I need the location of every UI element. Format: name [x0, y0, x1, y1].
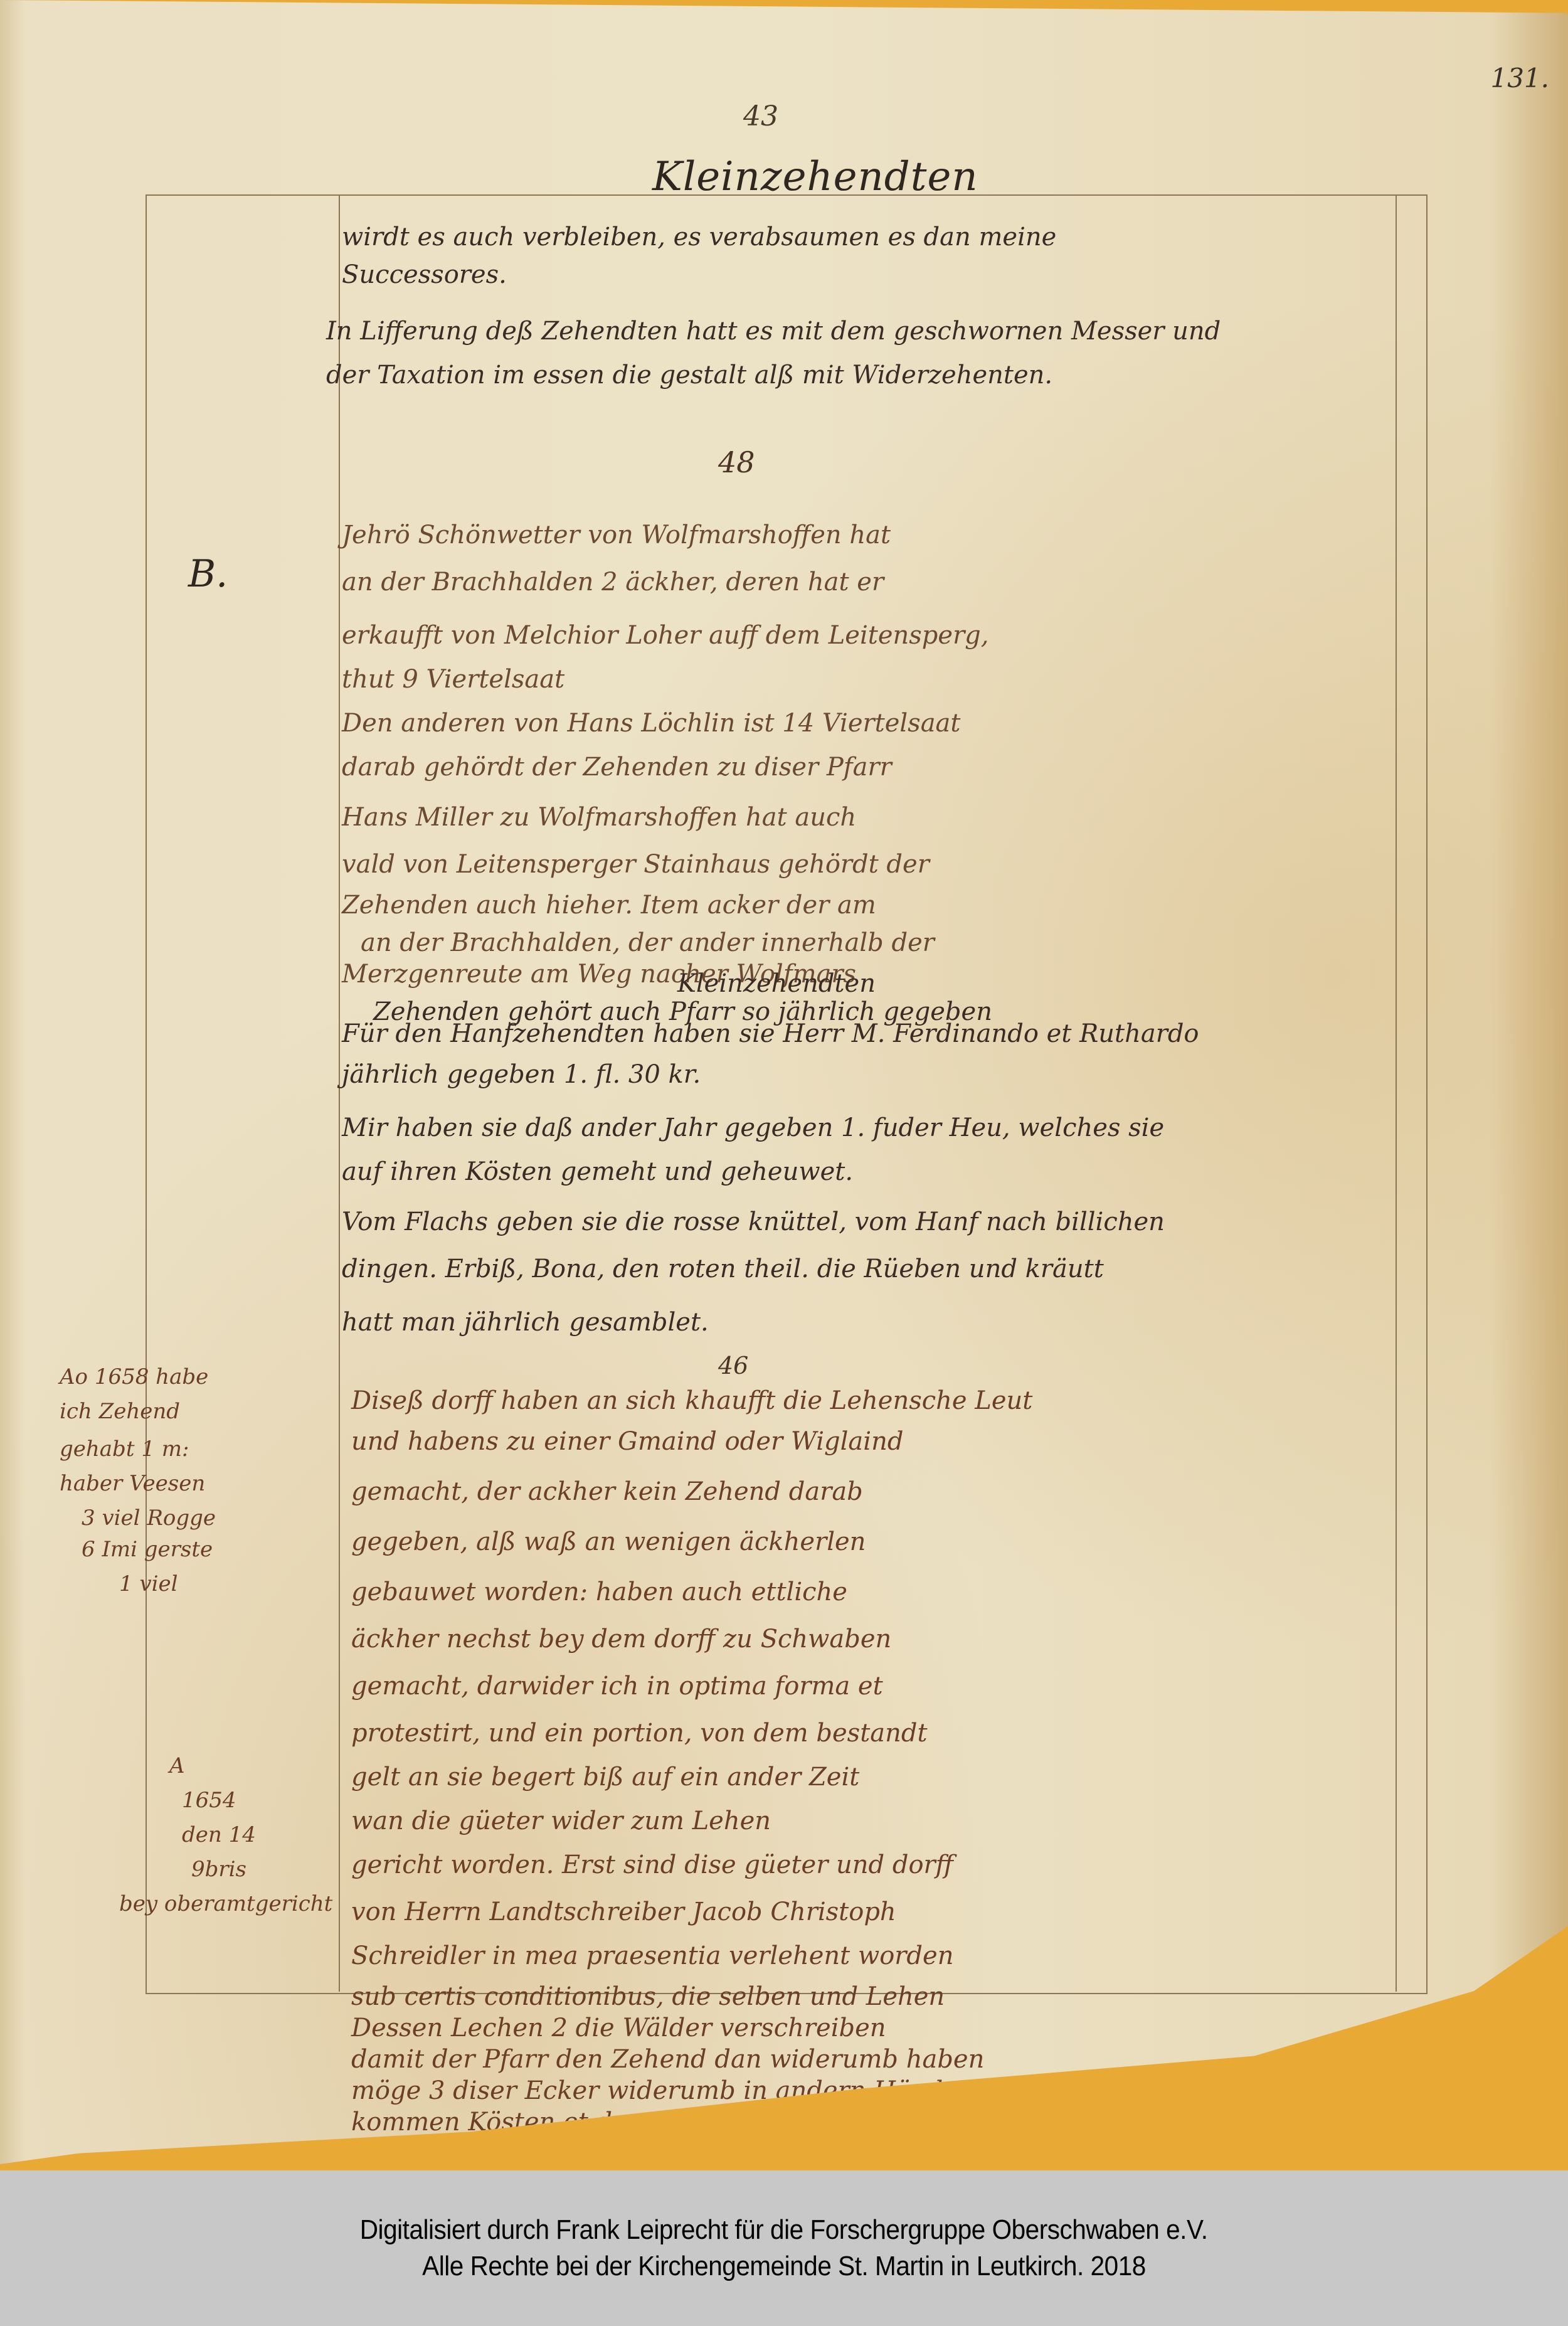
- text-line: jährlich gegeben 1. fl. 30 kr.: [342, 1060, 701, 1089]
- left-margin-rule: [339, 194, 340, 1992]
- text-line: damit der Pfarr den Zehend dan widerumb …: [351, 2045, 984, 2074]
- text-line: an der Brachhalden, der ander innerhalb …: [361, 928, 935, 957]
- text-line: hatt man jährlich gesamblet.: [342, 1308, 709, 1337]
- text-line: Successores.: [342, 260, 507, 289]
- text-line: gericht worden. Erst sind dise güeter un…: [351, 1851, 953, 1879]
- page-title: Kleinzehendten: [652, 154, 978, 200]
- text-line: dingen. Erbiß, Bona, den roten theil. di…: [342, 1255, 1104, 1283]
- margin-note-line: 1 viel: [119, 1571, 178, 1596]
- margin-note-line: ich Zehend: [60, 1399, 180, 1424]
- text-line: protestirt, und ein portion, von dem bes…: [351, 1719, 928, 1748]
- text-line: Jehrö Schönwetter von Wolfmarshoffen hat: [342, 521, 891, 550]
- caption-line-digitized: Digitalisiert durch Frank Leiprecht für …: [360, 2212, 1208, 2248]
- text-line: thut 9 Viertelsaat: [342, 665, 564, 694]
- text-line: möge 3 diser Ecker widerumb in andern Hä…: [351, 2076, 958, 2105]
- text-line: wan die güeter wider zum Lehen: [351, 1807, 771, 1835]
- text-line: Den anderen von Hans Löchlin ist 14 Vier…: [342, 709, 960, 738]
- text-line: wirdt es auch verbleiben, es verabsaumen…: [342, 223, 1056, 252]
- text-line: Dessen Lechen 2 die Wälder verschreiben: [351, 2014, 886, 2042]
- text-line: darab gehördt der Zehenden zu diser Pfar…: [342, 753, 892, 782]
- chapter-number: 43: [743, 100, 778, 132]
- section-mark: 48: [718, 445, 755, 479]
- margin-note-line: 1654: [182, 1788, 236, 1813]
- text-line: Vom Flachs geben sie die rosse knüttel, …: [342, 1208, 1165, 1236]
- text-line: gegeben, alß waß an wenigen äckherlen: [351, 1527, 866, 1556]
- margin-note-line: 6 Imi gerste: [82, 1537, 213, 1562]
- text-line: gebauwet worden: haben auch ettliche: [351, 1578, 847, 1606]
- margin-note-line: gehabt 1 m:: [60, 1436, 189, 1462]
- text-line: kommen Kösten et der Landtschafft der He…: [351, 2108, 992, 2137]
- text-line: Für den Hanfzehendten haben sie Herr M. …: [342, 1019, 1199, 1048]
- text-line: Schreidler in mea praesentia verlehent w…: [351, 1941, 953, 1970]
- text-line: und habens zu einer Gmaind oder Wiglaind: [351, 1427, 903, 1456]
- text-line: Zehenden auch hieher. Item acker der am: [342, 891, 876, 920]
- text-line: vald von Leitensperger Stainhaus gehördt…: [342, 850, 930, 879]
- folio-number: 131.: [1490, 63, 1549, 93]
- margin-note-line: den 14: [182, 1822, 256, 1847]
- margin-note-line: A: [169, 1753, 185, 1778]
- manuscript-page: 131. 43 Kleinzehendten wirdt es auch ver…: [0, 0, 1568, 2164]
- right-margin-rule: [1396, 194, 1397, 1992]
- copyright-caption: Digitalisiert durch Frank Leiprecht für …: [0, 2170, 1568, 2326]
- margin-note-line: bey oberamtgericht: [119, 1891, 332, 1916]
- section-mark: 46: [718, 1352, 748, 1379]
- text-line: erkaufft von Melchior Loher auff dem Lei…: [342, 621, 989, 650]
- text-line: der Taxation im essen die gestalt alß mi…: [326, 361, 1052, 390]
- margin-note-line: 9bris: [191, 1857, 246, 1882]
- text-line: gelt an sie begert biß auf ein ander Zei…: [351, 1763, 859, 1792]
- margin-note-line: Ao 1658 habe: [60, 1364, 208, 1389]
- text-line: von Herrn Landtschreiber Jacob Christoph: [351, 1898, 896, 1926]
- text-line: sub certis conditionibus, die selben und…: [351, 1982, 945, 2011]
- text-line: äckher nechst bey dem dorff zu Schwaben: [351, 1625, 891, 1654]
- manuscript-scan: 131. 43 Kleinzehendten wirdt es auch ver…: [0, 0, 1568, 2170]
- margin-note-line: haber Veesen: [60, 1471, 205, 1496]
- text-line: Diseß dorff haben an sich khaufft die Le…: [351, 1386, 1032, 1415]
- text-line: gemacht, darwider ich in optima forma et: [351, 1672, 883, 1701]
- text-line: Mir haben sie daß ander Jahr gegeben 1. …: [342, 1113, 1164, 1142]
- text-line: auf ihren Kösten gemeht und geheuwet.: [342, 1157, 853, 1186]
- margin-note-line: 3 viel Rogge: [82, 1506, 216, 1531]
- text-line: Hans Miller zu Wolfmarshoffen hat auch: [342, 803, 856, 832]
- text-line: Kleinzehendten: [677, 969, 876, 998]
- text-line: aber: [351, 2139, 409, 2168]
- text-line: In Lifferung deß Zehendten hatt es mit d…: [326, 317, 1221, 346]
- text-line: gemacht, der ackher kein Zehend darab: [351, 1477, 863, 1506]
- text-line: an der Brachhalden 2 äckher, deren hat e…: [342, 568, 884, 597]
- section-letter: B.: [188, 552, 228, 596]
- caption-line-rights: Alle Rechte bei der Kirchengemeinde St. …: [422, 2248, 1146, 2285]
